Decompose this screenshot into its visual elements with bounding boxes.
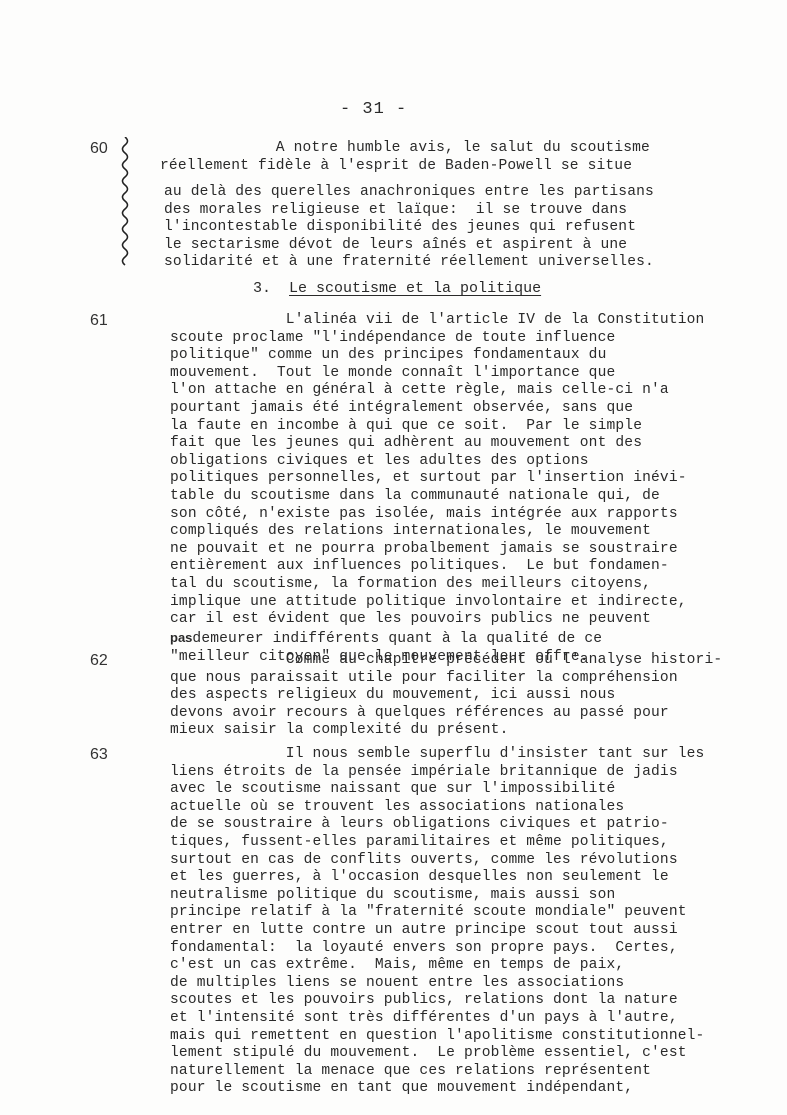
paragraph-61: L'alinéa vii de l'article IV de la Const… <box>170 312 704 629</box>
paragraph-63: Il nous semble superflu d'insister tant … <box>170 746 704 1098</box>
page-number: - 31 - <box>340 100 407 119</box>
paragraph-62: Comme au chapitre précédent où l'analyse… <box>170 652 722 740</box>
paragraph-number-60: 60 <box>90 140 108 158</box>
margin-wavy-line-mark <box>118 137 132 267</box>
paragraph-number-61: 61 <box>90 312 108 330</box>
paragraph-60-part-b: au delà des querelles anachroniques entr… <box>164 184 654 272</box>
handwritten-insert: pas <box>170 630 192 645</box>
section-heading: 3. Le scoutisme et la politique <box>253 280 541 297</box>
section-heading-title: Le scoutisme et la politique <box>289 280 541 297</box>
paragraph-number-63: 63 <box>90 746 108 764</box>
paragraph-60-part-a: A notre humble avis, le salut du scoutis… <box>160 140 650 175</box>
paragraph-number-62: 62 <box>90 652 108 670</box>
section-heading-number: 3. <box>253 280 271 297</box>
